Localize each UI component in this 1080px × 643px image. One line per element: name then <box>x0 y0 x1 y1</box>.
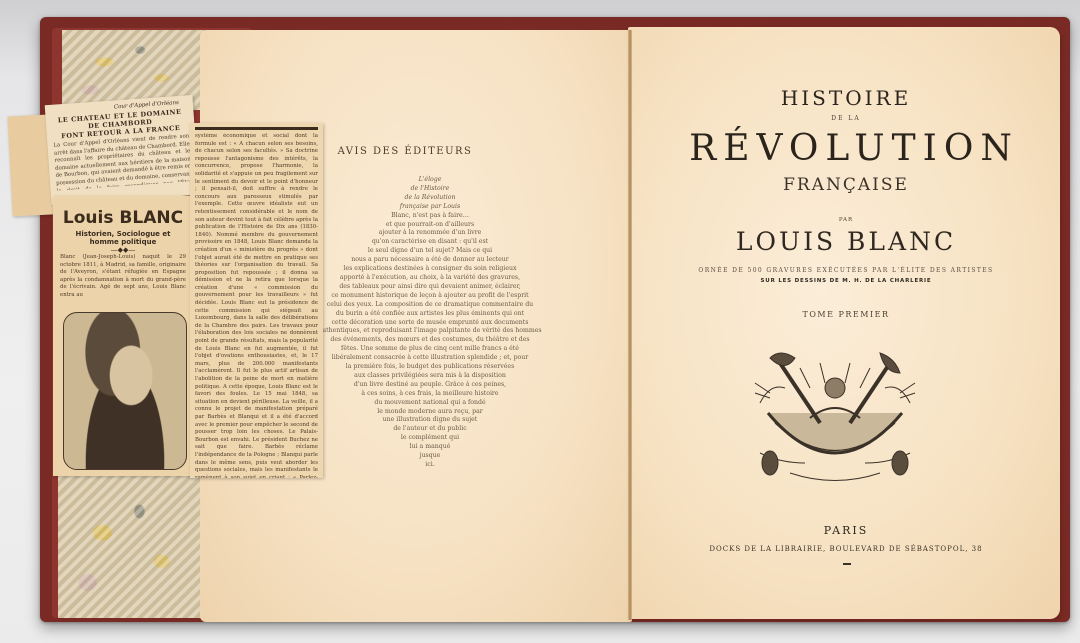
clipping-name: Louis BLANC <box>60 208 186 228</box>
avis-line: du burin a été confiée aux artistes les … <box>300 310 560 319</box>
photo-scene: AVIS DES ÉDITEURS L'élogede l'Histoirede… <box>0 0 1080 643</box>
avis-line: de la Révolution <box>300 194 560 203</box>
avis-line: fêtes. Une somme de plus de cinq cent mi… <box>300 345 560 354</box>
clipping-column-body: système économique et social dont la for… <box>195 133 318 478</box>
avis-line: ici. <box>300 461 560 470</box>
avis-line: authentiques, et reproduisant l'image pa… <box>300 327 560 336</box>
clipping-chambord: Cour d'Appel d'Orléans LE CHATEAU ET LE … <box>45 95 200 205</box>
author-name: LOUIS BLANC <box>632 227 1060 256</box>
avis-line: le complément qui <box>300 434 560 443</box>
avis-line: le seul digne d'un tel sujet? Mais ce qu… <box>300 247 560 256</box>
avis-line: des tableaux pour ainsi dire qui devaien… <box>300 283 560 292</box>
avis-line: apporté à l'exécution, au choix, à la va… <box>300 274 560 283</box>
avis-line: du mouvement national qui a fondé <box>300 399 560 408</box>
avis-line: nous a paru nécessaire a été de donner a… <box>300 256 560 265</box>
drawings-note: SUR LES DESSINS DE M. H. DE LA CHARLERIE <box>632 278 1060 284</box>
clipping-ornament: —◆◆— <box>60 246 186 254</box>
clipping-rule <box>195 127 318 130</box>
title-par: PAR <box>632 217 1060 223</box>
title-histoire: HISTOIRE <box>632 86 1060 110</box>
avis-line: des événements, des mœurs et des costume… <box>300 336 560 345</box>
avis-line: la première fois, le budget des publicat… <box>300 363 560 372</box>
clipping-main-body: Blanc (Jean-Joseph-Louis) naquit le 29 o… <box>60 254 186 302</box>
title-revolution: RÉVOLUTION <box>640 128 1068 169</box>
publisher-label: DOCKS DE LA LIBRAIRIE, BOULEVARD DE SÉBA… <box>632 545 1060 553</box>
avis-line: d'un livre destiné au peuple. Grâce à ce… <box>300 381 560 390</box>
volume-label: TOME PREMIER <box>632 310 1060 319</box>
avis-line: ajouter à la renommée d'un livre <box>300 229 560 238</box>
illustration-note: ORNÉE DE 500 GRAVURES EXÉCUTÉES PAR L'ÉL… <box>632 267 1060 274</box>
avis-line: le monde moderne aura reçu, par <box>300 408 560 417</box>
title-de-la: DE LA <box>632 115 1060 122</box>
avis-line: une illustration digne du sujet <box>300 416 560 425</box>
avis-heading: AVIS DES ÉDITEURS <box>335 146 475 157</box>
avis-line: celui des yeux. La composition de ce dra… <box>300 301 560 310</box>
avis-line: cette décoration une sorte de musée empr… <box>300 319 560 328</box>
avis-line: française par Louis <box>300 203 560 212</box>
avis-line: ce monument historique de leçon à ajoute… <box>300 292 560 301</box>
avis-body: L'élogede l'Histoirede la Révolutionfran… <box>300 176 560 470</box>
avis-line: lui a manqué <box>300 443 560 452</box>
avis-line: aux classes privilégiées sera mis à la d… <box>300 372 560 381</box>
avis-line: L'éloge <box>300 176 560 185</box>
marbled-endpaper-bottom <box>58 476 206 618</box>
avis-line: les explications destinées à consigner d… <box>300 265 560 274</box>
engraved-ornament-icon <box>750 343 920 488</box>
avis-line: jusque <box>300 452 560 461</box>
publisher-dash <box>843 563 851 565</box>
avis-line: de l'Histoire <box>300 185 560 194</box>
title-francaise: FRANÇAISE <box>632 175 1060 195</box>
avis-line: qu'on caractérise en disant : qu'il est <box>300 238 560 247</box>
avis-line: de l'auteur et du public <box>300 425 560 434</box>
avis-line: libéralement consacrée à cette illustrat… <box>300 354 560 363</box>
avis-line: Blanc, n'est pas à faire… <box>300 212 560 221</box>
clipping-chambord-body: La Cour d'Appel d'Orléans vient de rendr… <box>53 133 192 190</box>
city-label: PARIS <box>632 524 1060 537</box>
portrait-louis-blanc-image <box>63 312 187 470</box>
avis-line: à ces soins, à ces frais, la meilleure h… <box>300 390 560 399</box>
clipping-column: système économique et social dont la for… <box>190 123 323 478</box>
clipping-subtitle: Historien, Sociologue et homme politique <box>60 230 186 246</box>
avis-line: et que pourrait-on d'ailleurs <box>300 221 560 230</box>
